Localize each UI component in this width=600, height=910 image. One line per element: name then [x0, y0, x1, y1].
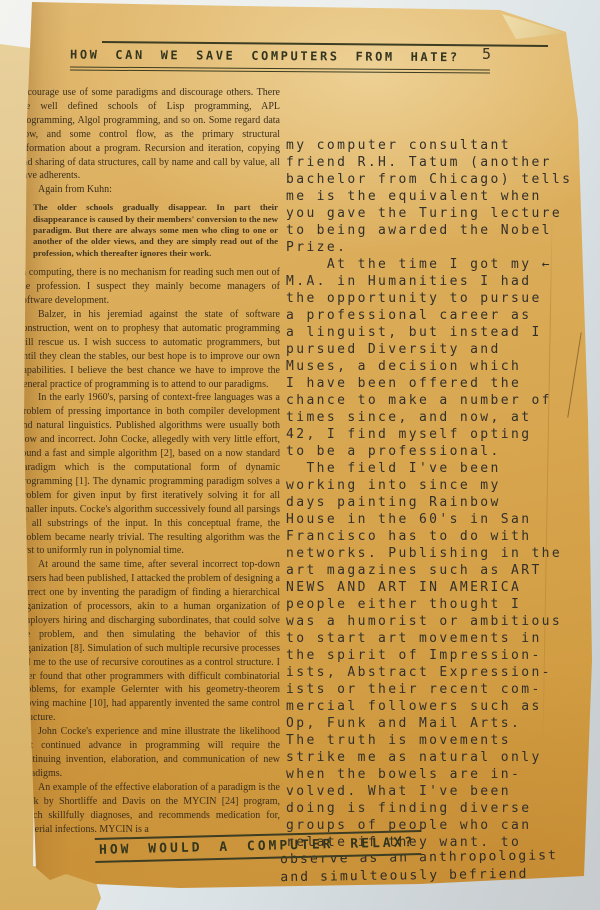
- typewriter-line: Prize.: [286, 239, 588, 256]
- typewriter-line: mercial followers such as: [286, 698, 588, 715]
- typewriter-line: days painting Rainbow: [286, 494, 588, 511]
- typewriter-line: Op, Funk and Mail Arts.: [286, 715, 588, 732]
- typewriter-line: working into since my: [286, 477, 588, 494]
- typewriter-line: At the time I got my ←: [286, 256, 588, 273]
- typewriter-line: bachelor from Chicago) tells: [286, 171, 588, 188]
- typewriter-line: friend R.H. Tatum (another: [286, 154, 588, 171]
- typewriter-line: networks. Publishing in the: [286, 545, 588, 562]
- typewriter-line: people either thought I: [286, 596, 588, 613]
- typewriter-line: ists, Abstract Expression-: [286, 664, 588, 681]
- typewriter-line: art magazines such as ART: [286, 562, 588, 579]
- typewriter-line: Francisco has to do with: [286, 528, 588, 545]
- paragraph: At around the same time, after several i…: [18, 558, 280, 725]
- photo-background: HOW CAN WE SAVE COMPUTERS FROM HATE? 5 e…: [0, 0, 600, 910]
- typewriter-line: Muses, a decision which: [286, 358, 588, 375]
- typewriter-line: pursued Diversity and: [286, 341, 588, 358]
- typewriter-line: the opportunity to pursue: [286, 290, 588, 307]
- typewriter-line: M.A. in Humanities I had: [286, 273, 588, 290]
- typewriter-line: times since, and now, at: [286, 409, 588, 426]
- typewriter-line: NEWS AND ART IN AMERICA: [286, 579, 588, 596]
- typewriter-line: when the bowels are in-: [286, 766, 588, 783]
- left-column: encourage use of some paradigms and disc…: [18, 86, 280, 836]
- typewriter-line: House in the 60's in San: [286, 511, 588, 528]
- paragraph: John Cocke's experience and mine illustr…: [18, 725, 280, 781]
- paragraph: In computing, there is no mechanism for …: [18, 266, 280, 308]
- typewriter-line: chance to make a number of: [286, 392, 588, 409]
- typewriter-line: me is the equivalent when: [286, 188, 588, 205]
- page-number: 5: [482, 45, 491, 63]
- typewriter-line: The truth is movements: [286, 732, 588, 749]
- typewriter-line: to be a professional.: [286, 443, 588, 460]
- paragraph: Again from Kuhn:: [18, 183, 280, 197]
- paragraph: encourage use of some paradigms and disc…: [18, 86, 280, 183]
- paragraph: Balzer, in his jeremiad against the stat…: [18, 308, 280, 391]
- typewriter-line: the spirit of Impression-: [286, 647, 588, 664]
- page-sheet: HOW CAN WE SAVE COMPUTERS FROM HATE? 5 e…: [0, 0, 600, 910]
- typewriter-line: and simulteously befriend: [280, 865, 590, 887]
- typewriter-line: you gave the Turing lecture: [286, 205, 588, 222]
- folded-corner: [498, 6, 570, 40]
- paragraph: An example of the effective elaboration …: [18, 781, 280, 837]
- paragraph: In the early 1960's, parsing of context-…: [18, 391, 280, 558]
- page-header-title: HOW CAN WE SAVE COMPUTERS FROM HATE?: [70, 48, 490, 74]
- typewriter-line: and where possible help: [281, 883, 591, 905]
- typewriter-line: to start art movements in: [286, 630, 588, 647]
- typewriter-line: my computer consultant: [286, 137, 588, 154]
- right-column: my computer consultantfriend R.H. Tatum …: [286, 86, 588, 851]
- typewriter-line: a professional career as: [286, 307, 588, 324]
- typewriter-line: to being awarded the Nobel: [286, 222, 588, 239]
- typewriter-line: The field I've been: [286, 460, 588, 477]
- typewriter-line: I have been offered the: [286, 375, 588, 392]
- typewriter-line: was a humorist or ambitious: [286, 613, 588, 630]
- typewriter-line: a linguist, but instead I: [286, 324, 588, 341]
- typewriter-line: ists or their recent com-: [286, 681, 588, 698]
- paragraph: The older schools gradually disappear. I…: [33, 202, 278, 259]
- typewriter-line: strike me as natural only: [286, 749, 588, 766]
- typewriter-line: 42, I find myself opting: [286, 426, 588, 443]
